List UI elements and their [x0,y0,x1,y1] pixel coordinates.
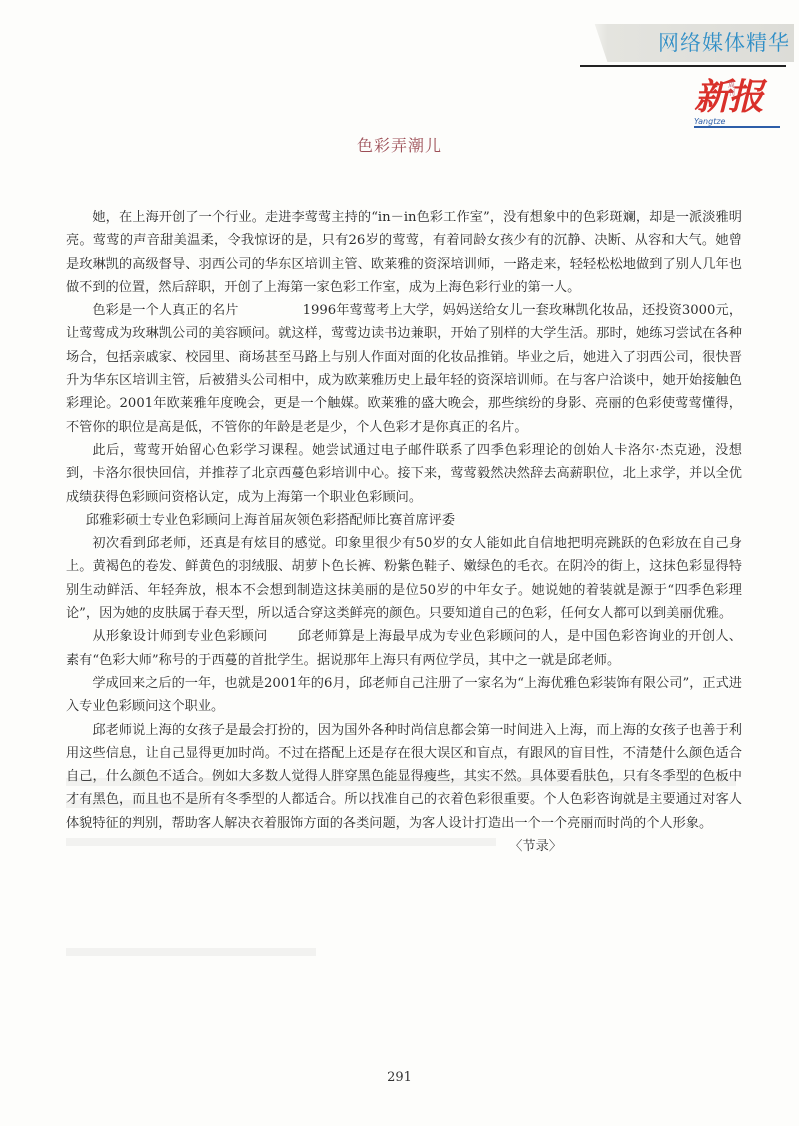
logo-subtitle: Yangtze [694,117,780,128]
paragraph: 色彩是一个人真正的名片1996年莺莺考上大学，妈妈送给女儿一套玫琳凯化妆品，还投… [66,299,742,439]
subhead: 邱雅彩硕士专业色彩顾问上海首届灰领色彩搭配师比赛首席评委 [66,509,742,532]
article-title: 色彩弄潮儿 [0,133,799,156]
section-title: 网络媒体精华 [625,28,790,58]
page-number: 291 [0,1070,799,1085]
bleed-through-line [66,800,206,808]
paragraph: 学成回来之后的一年，也就是2001年的6月，邱老师自己注册了一家名为“上海优雅色… [66,672,742,719]
bleed-through-line [66,838,496,846]
paragraph: 从形象设计师到专业色彩顾问邱老师算是上海最早成为专业色彩顾问的人，是中国色彩咨询… [66,625,742,672]
bleed-through-line [66,778,736,786]
document-page: 网络媒体精华 新报 周刊 Yangtze 色彩弄潮儿 她，在上海开创了一个行业。… [0,0,799,1126]
paragraph: 邱老师说上海的女孩子是最会打扮的，因为国外各种时尚信息都会第一时间进入上海，而上… [66,719,742,835]
bleed-through-line [66,948,316,956]
paragraph: 初次看到邱老师，还真是有炫目的感觉。印象里很少有50岁的女人能如此自信地把明亮跳… [66,532,742,625]
header-divider [580,65,786,67]
article-body: 她，在上海开创了一个行业。走进李莺莺主持的“in－in色彩工作室”，没有想象中的… [66,206,742,858]
subhead: 从形象设计师到专业色彩顾问 [92,629,267,644]
paragraph: 此后，莺莺开始留心色彩学习课程。她尝试通过电子邮件联系了四季色彩理论的创始人卡洛… [66,439,742,509]
logo-small-text: 周刊 [728,81,736,97]
publication-logo: 新报 周刊 Yangtze [688,75,788,135]
paragraph: 她，在上海开创了一个行业。走进李莺莺主持的“in－in色彩工作室”，没有想象中的… [66,206,742,299]
subhead: 色彩是一个人真正的名片 [92,303,238,318]
